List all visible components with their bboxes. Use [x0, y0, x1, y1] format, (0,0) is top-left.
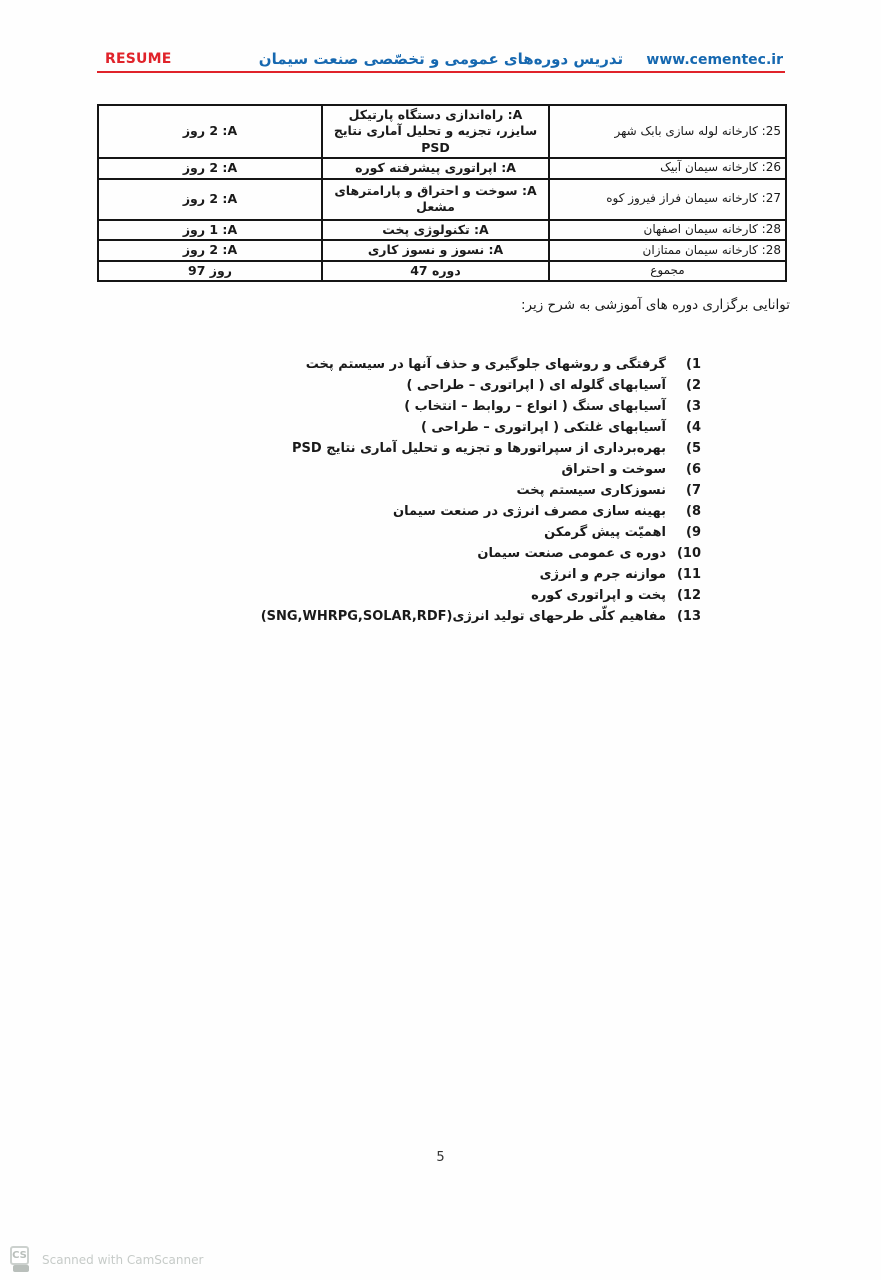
- list-item: 2) آسیابهای گلوله ای ( اپراتوری – طراحی …: [261, 375, 701, 396]
- list-item: 6) سوخت و احتراق: [261, 459, 701, 480]
- total-courses-cell: 47 دوره: [322, 261, 549, 281]
- item-text: بهره‌برداری از سپراتورها و تجزیه و تحلیل…: [292, 438, 666, 459]
- item-text: گرفتگی و روشهای جلوگیری و حذف آنها در سی…: [306, 354, 666, 375]
- table-row: 27: کارخانه سیمان فراز فیروز کوه A: سوخت…: [98, 179, 786, 220]
- table-row: 25: کارخانه لوله سازی بابک شهر A: راه‌ان…: [98, 105, 786, 158]
- list-item: 12) پخت و اپراتوری کوره: [261, 585, 701, 606]
- item-text: آسیابهای گلوله ای ( اپراتوری – طراحی ): [406, 375, 666, 396]
- factory-cell: 28: کارخانه سیمان اصفهان: [549, 220, 786, 240]
- item-number: 10): [675, 543, 701, 564]
- scanned-resume-page: RESUME تدریس دوره‌های عمومی و تخصّصی صنع…: [0, 0, 881, 1280]
- item-text: دوره ی عمومی صنعت سیمان: [477, 543, 666, 564]
- list-item: 7) نسوزکاری سیستم پخت: [261, 480, 701, 501]
- table-row: 28: کارخانه سیمان اصفهان A: تکنولوژی پخت…: [98, 220, 786, 240]
- table-total-row: مجموع 47 دوره 97 روز: [98, 261, 786, 281]
- course-list: 1) گرفتگی و روشهای جلوگیری و حذف آنها در…: [261, 354, 701, 627]
- list-item: 8) بهینه سازی مصرف انرژی در صنعت سیمان: [261, 501, 701, 522]
- camscanner-logo-icon: CS: [10, 1246, 33, 1273]
- page-header: RESUME تدریس دوره‌های عمومی و تخصّصی صنع…: [97, 50, 785, 72]
- factory-cell: 26: کارخانه سیمان آبیک: [549, 158, 786, 179]
- item-text: مفاهیم کلّی طرحهای تولید انرژی(SNG,WHRPG…: [261, 606, 666, 627]
- item-number: 2): [675, 375, 701, 396]
- item-text: سوخت و احتراق: [562, 459, 667, 480]
- camscanner-watermark: CS Scanned with CamScanner: [10, 1246, 203, 1273]
- total-days-cell: 97 روز: [98, 261, 322, 281]
- item-number: 9): [675, 522, 701, 543]
- factory-cell: 25: کارخانه لوله سازی بابک شهر: [549, 105, 786, 158]
- item-text: اهمیّت پیش گرمکن: [544, 522, 666, 543]
- item-number: 4): [675, 417, 701, 438]
- factory-cell: 28: کارخانه سیمان ممتازان: [549, 240, 786, 261]
- list-item: 3) آسیابهای سنگ ( انواع – روابط – انتخاب…: [261, 396, 701, 417]
- item-text: موازنه جرم و انرژی: [540, 564, 666, 585]
- item-number: 13): [675, 606, 701, 627]
- item-text: بهینه سازی مصرف انرژی در صنعت سیمان: [393, 501, 666, 522]
- item-number: 8): [675, 501, 701, 522]
- list-item: 10) دوره ی عمومی صنعت سیمان: [261, 543, 701, 564]
- item-text: آسیابهای سنگ ( انواع – روابط – انتخاب ): [404, 396, 666, 417]
- cs-logo-letters: CS: [10, 1246, 29, 1265]
- item-text: آسیابهای غلتکی ( اپراتوری – طراحی ): [421, 417, 666, 438]
- course-cell: A: نسوز و نسوز کاری: [322, 240, 549, 261]
- duration-cell: A‏: 2 روز: [98, 240, 322, 261]
- course-cell: A: تکنولوژی پخت: [322, 220, 549, 240]
- table-row: 28: کارخانه سیمان ممتازان A: نسوز و نسوز…: [98, 240, 786, 261]
- item-number: 7): [675, 480, 701, 501]
- intro-text: توانایی برگزاری دوره های آموزشی به شرح ز…: [521, 297, 790, 313]
- item-number: 11): [675, 564, 701, 585]
- factory-cell: 27: کارخانه سیمان فراز فیروز کوه: [549, 179, 786, 220]
- course-cell: A: سوخت و احتراق و پارامترهای مشعل: [322, 179, 549, 220]
- item-number: 6): [675, 459, 701, 480]
- list-item: 5) بهره‌برداری از سپراتورها و تجزیه و تح…: [261, 438, 701, 459]
- list-item: 13) مفاهیم کلّی طرحهای تولید انرژی(SNG,W…: [261, 606, 701, 627]
- item-number: 12): [675, 585, 701, 606]
- list-item: 4) آسیابهای غلتکی ( اپراتوری – طراحی ): [261, 417, 701, 438]
- list-item: 11) موازنه جرم و انرژی: [261, 564, 701, 585]
- duration-cell: A‏: 1 روز: [98, 220, 322, 240]
- item-text: پخت و اپراتوری کوره: [531, 585, 666, 606]
- total-label-cell: مجموع: [549, 261, 786, 281]
- list-item: 9) اهمیّت پیش گرمکن: [261, 522, 701, 543]
- duration-cell: A‏: 2 روز: [98, 158, 322, 179]
- page-number: 5: [0, 1150, 881, 1165]
- item-number: 5): [675, 438, 701, 459]
- item-text: نسوزکاری سیستم پخت: [517, 480, 666, 501]
- item-number: 1): [675, 354, 701, 375]
- duration-cell: A‏: 2 روز: [98, 179, 322, 220]
- watermark-text: Scanned with CamScanner: [42, 1253, 203, 1267]
- website-link: www.cementec.ir: [646, 52, 783, 68]
- list-item: 1) گرفتگی و روشهای جلوگیری و حذف آنها در…: [261, 354, 701, 375]
- item-number: 3): [675, 396, 701, 417]
- header-divider: [97, 71, 785, 73]
- duration-cell: A‏: 2 روز: [98, 105, 322, 158]
- courses-table: 25: کارخانه لوله سازی بابک شهر A: راه‌ان…: [97, 104, 787, 282]
- course-cell: A: اپراتوری پیشرفته کوره: [322, 158, 549, 179]
- table-row: 26: کارخانه سیمان آبیک A: اپراتوری پیشرف…: [98, 158, 786, 179]
- course-cell: A: راه‌اندازی دستگاه پارتیکل سایزر، تجزی…: [322, 105, 549, 158]
